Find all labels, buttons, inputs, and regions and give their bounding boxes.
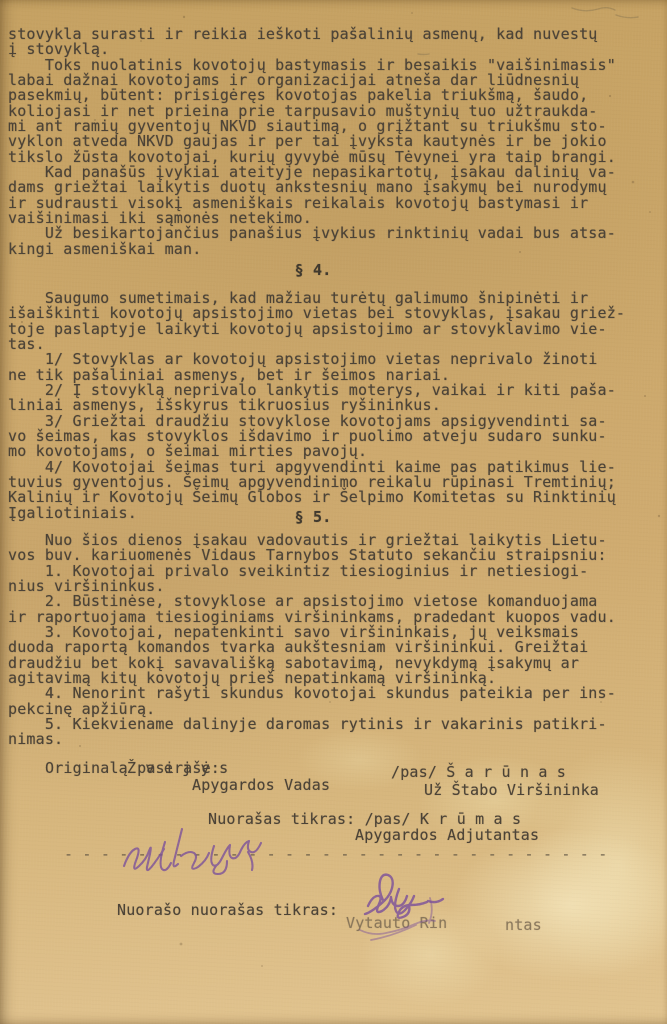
- document-line: 5. Kiekviename dalinyje daromas rytinis …: [8, 717, 616, 732]
- document-line: toje paslaptyje laikyti kovotojų apsisto…: [8, 322, 625, 337]
- document-paragraph-block-1: stovykla surasti ir reikia ieškoti pašal…: [8, 27, 616, 257]
- stamp-caption-right-fragment: ntas: [505, 916, 542, 934]
- recopy-certification-label: Nuorašo nuorašas tikras:: [117, 901, 338, 919]
- stamp-caption-left-fragment: Vytauto Rin: [346, 914, 447, 932]
- document-line: nimas.: [8, 732, 616, 747]
- signatory-name-sarunas: /pas/ Š a r ū n a s: [391, 763, 566, 781]
- signatory-name-zvejys: Ž v e j y s: [127, 759, 228, 777]
- copy-certifier-title: Apygardos Adjutantas: [355, 826, 539, 844]
- dashed-separator-line: - - - - - - - - - - - - - - - - - - - - …: [64, 845, 607, 863]
- document-paragraph-block-3: Nuo šios dienos įsakau vadovautis ir gri…: [8, 533, 616, 748]
- signatory-title-apygardos-vadas: Apygardos Vadas: [192, 776, 330, 794]
- document-line: kingi asmeniškai man.: [8, 242, 616, 257]
- document-paragraph-block-2: Saugumo sumetimais, kad mažiau turėtų ga…: [8, 291, 625, 521]
- section-5-heading: § 5.: [0, 508, 626, 526]
- bottom-stamp-signature: [365, 875, 443, 918]
- scanned-document-page: stovykla surasti ir reikia ieškoti pašal…: [0, 0, 667, 1024]
- signatory-title-stabo-virsininkas: Už Štabo Viršininka: [424, 781, 599, 799]
- section-4-heading: § 4.: [0, 261, 626, 279]
